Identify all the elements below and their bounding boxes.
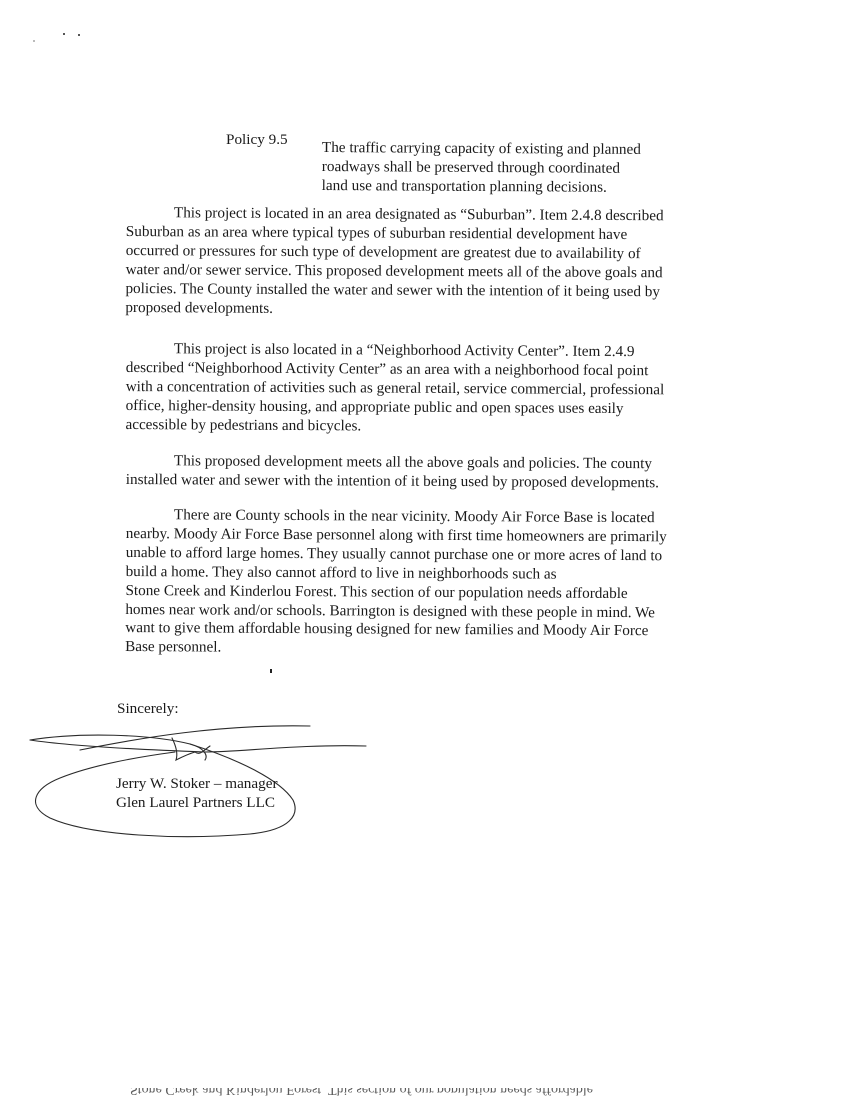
policy-text: The traffic carrying capacity of existin…	[322, 138, 682, 197]
scan-speck	[63, 33, 65, 35]
signer-company: Glen Laurel Partners LLC	[116, 793, 278, 812]
paragraph-goals: This proposed development meets all the …	[126, 452, 706, 493]
signer-block: Jerry W. Stoker – manager Glen Laurel Pa…	[116, 774, 278, 812]
paragraph-schools: There are County schools in the near vic…	[125, 506, 706, 661]
bleed-through-text: Stone Creek and Kinderlou Forest. This s…	[130, 1088, 670, 1100]
salutation: Sincerely:	[117, 700, 179, 718]
paragraph-line: Base personnel.	[125, 638, 705, 660]
policy-line: roadways shall be preserved through coor…	[322, 157, 682, 178]
policy-label: Policy 9.5	[226, 130, 288, 149]
scan-speck	[78, 34, 80, 36]
signer-name: Jerry W. Stoker – manager	[116, 774, 278, 793]
policy-line: land use and transportation planning dec…	[322, 176, 682, 197]
paragraph-line: accessible by pedestrians and bicycles.	[125, 416, 705, 438]
policy-line: The traffic carrying capacity of existin…	[322, 138, 682, 159]
paragraph-line: proposed developments.	[125, 299, 705, 321]
paragraph-activity-center: This project is also located in a “Neigh…	[125, 340, 706, 438]
scan-speck	[33, 40, 35, 42]
paragraph-line: installed water and sewer with the inten…	[126, 471, 706, 493]
stray-mark	[270, 669, 272, 673]
paragraph-suburban: This project is located in an area desig…	[125, 204, 706, 321]
document-page: Policy 9.5 The traffic carrying capacity…	[0, 0, 842, 1100]
